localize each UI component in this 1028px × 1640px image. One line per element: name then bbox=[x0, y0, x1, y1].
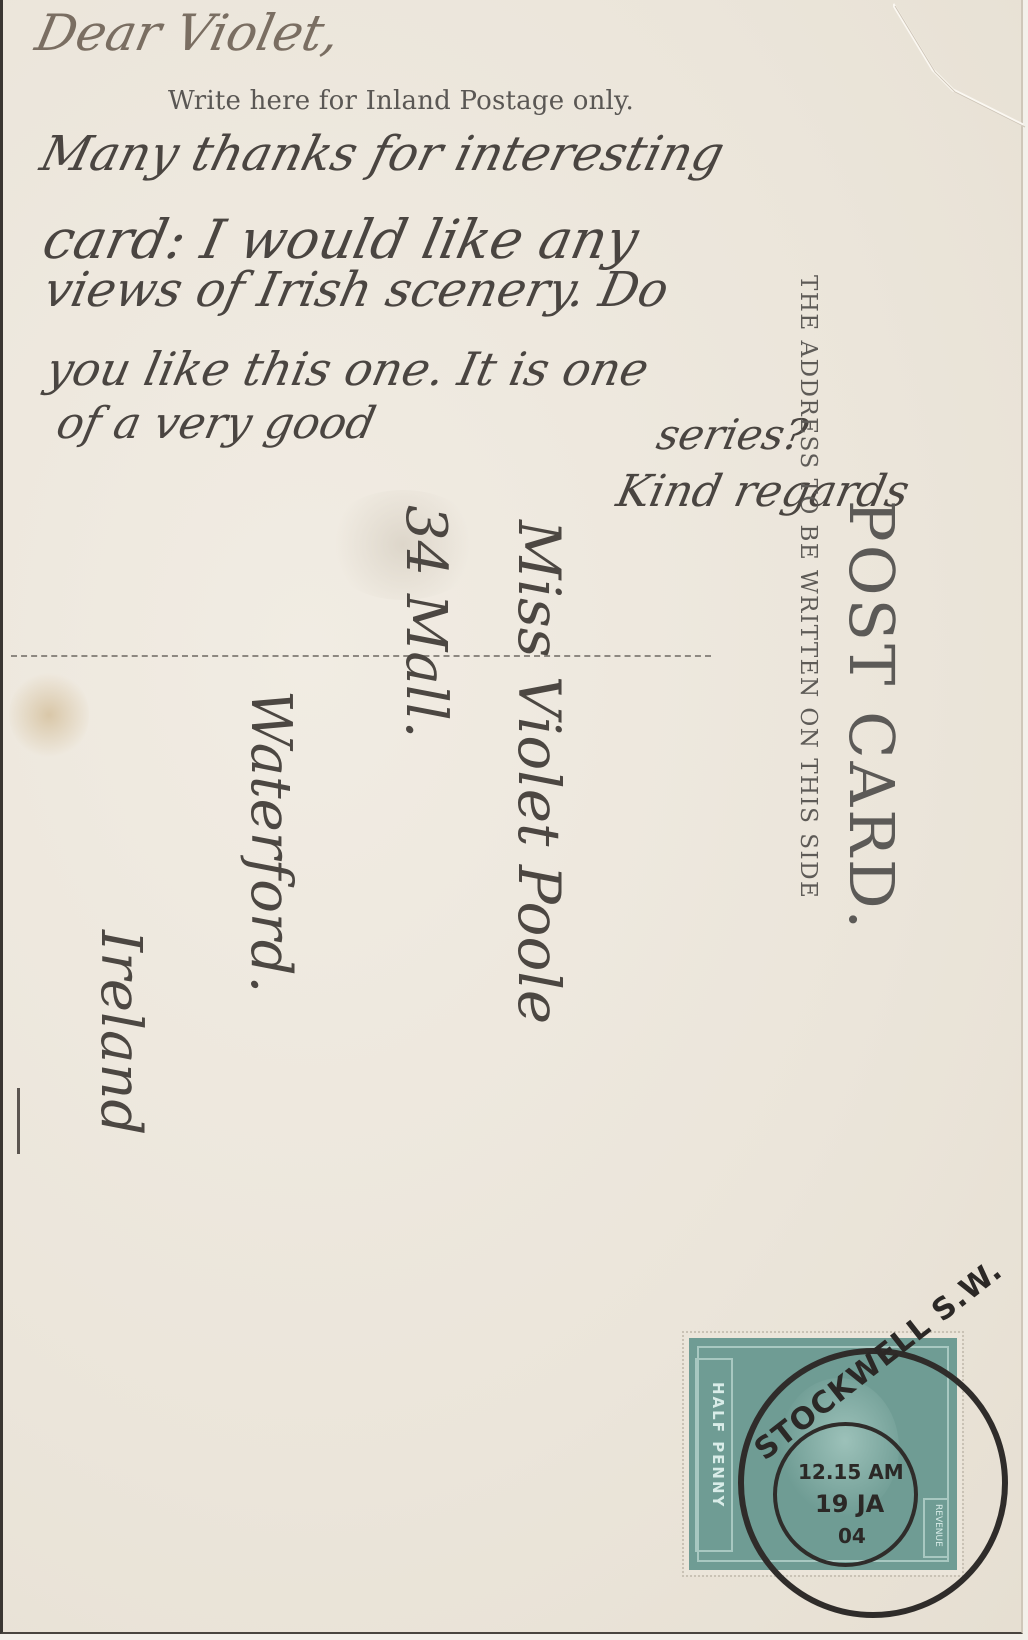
postmark-time: 12.15 AM bbox=[798, 1460, 904, 1484]
address-line: Ireland bbox=[88, 930, 153, 1135]
address-line: 34 Mall. bbox=[393, 505, 458, 738]
age-stain bbox=[9, 670, 89, 760]
message-greeting: Dear Violet, bbox=[31, 4, 346, 62]
postcard-back: Write here for Inland Postage only. Dear… bbox=[0, 0, 1023, 1634]
message-line: views of Irish scenery. Do bbox=[39, 262, 674, 318]
message-line: of a very good bbox=[52, 398, 380, 449]
postmark-year: 04 bbox=[838, 1524, 866, 1548]
dashed-divider bbox=[11, 655, 711, 657]
inland-postage-label: Write here for Inland Postage only. bbox=[168, 86, 634, 116]
post-card-title: POST CARD. bbox=[835, 500, 908, 932]
address-line: Miss Violet Poole bbox=[505, 520, 573, 1024]
postmark-date: 19 JA bbox=[815, 1490, 884, 1518]
message-line: you like this one. It is one bbox=[42, 342, 654, 396]
message-line: series? bbox=[653, 410, 812, 459]
underline-mark bbox=[17, 1088, 20, 1154]
stamp-value-text: HALF PENNY bbox=[709, 1382, 727, 1508]
address-line: Waterford. bbox=[238, 690, 303, 993]
message-line: Many thanks for interesting bbox=[35, 126, 730, 182]
stamp-value-panel: HALF PENNY bbox=[695, 1358, 733, 1552]
corner-crease bbox=[893, 0, 1028, 130]
address-instruction: THE ADDRESS TO BE WRITTEN ON THIS SIDE bbox=[795, 275, 821, 899]
